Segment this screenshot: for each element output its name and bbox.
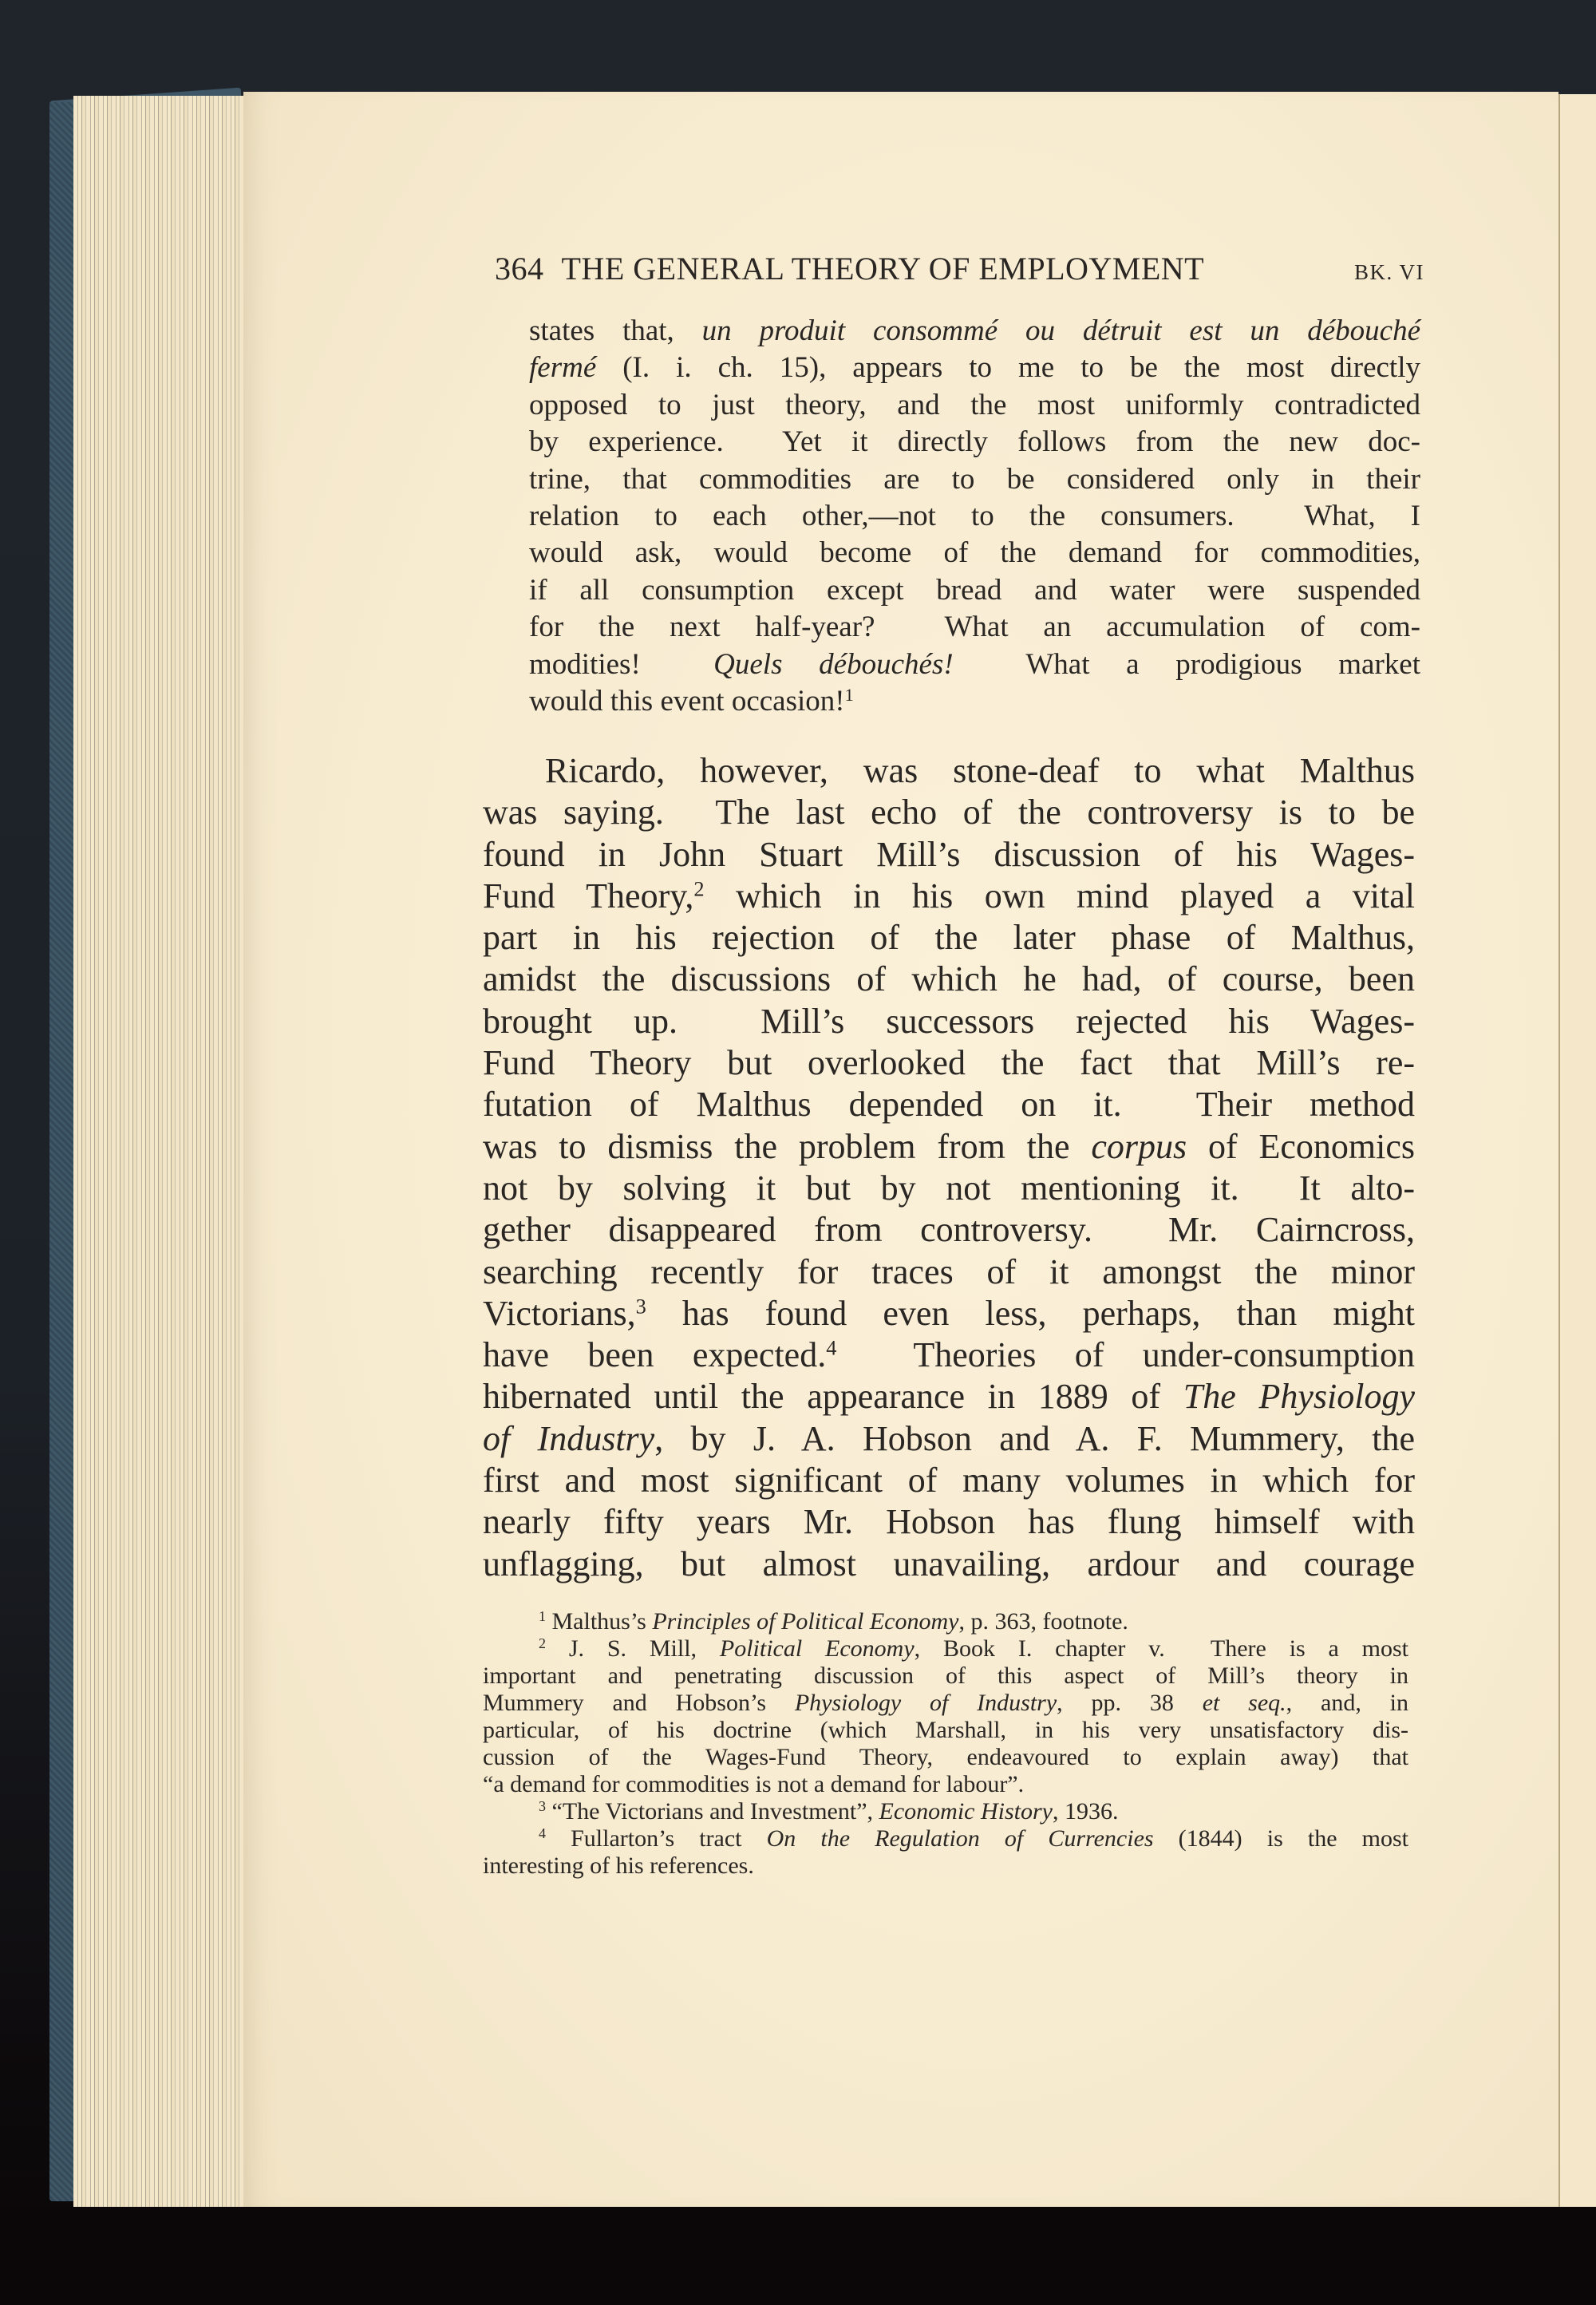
text-run: modities!: [529, 648, 713, 681]
quote-line: if all consumption except bread and wate…: [529, 572, 1420, 609]
body-line: searching recently for traces of it amon…: [483, 1251, 1415, 1293]
quote-line: modities! Quels débouchés! What a prodig…: [529, 646, 1420, 683]
text-run: was saying. The last echo of the controv…: [483, 793, 1415, 832]
text-run: , p. 363, footnote.: [958, 1608, 1128, 1635]
page-number: 364: [495, 250, 544, 287]
text-run: (1844) is the most: [1154, 1825, 1408, 1852]
text-run: Malthus’s: [552, 1608, 653, 1635]
text-run: unflagging, but almost unavailing, ardou…: [483, 1544, 1415, 1583]
text-run: would ask, would become of the demand fo…: [529, 536, 1420, 569]
body-line: brought up. Mill’s successors rejected h…: [483, 1001, 1415, 1042]
body-line: was saying. The last echo of the controv…: [483, 792, 1415, 833]
text-run: important and penetrating discussion of …: [483, 1663, 1408, 1689]
text-run: have been expected.: [483, 1335, 826, 1374]
italic-text: On the Regulation of Currencies: [767, 1825, 1154, 1852]
footnote-ref: 3: [636, 1294, 646, 1318]
text-run: if all consumption except bread and wate…: [529, 574, 1420, 607]
quote-line: would ask, would become of the demand fo…: [529, 535, 1420, 571]
text-run: , by J. A. Hobson and A. F. Mummery, the: [654, 1419, 1415, 1458]
running-head: 364 THE GENERAL THEORY OF EMPLOYMENT BK.…: [495, 250, 1424, 287]
body-paragraph: Ricardo, however, was stone-deaf to what…: [483, 750, 1415, 1585]
body-line: hibernated until the appearance in 1889 …: [483, 1376, 1415, 1417]
body-line: first and most significant of many volum…: [483, 1460, 1415, 1501]
body-line: part in his rejection of the later phase…: [483, 917, 1415, 959]
body-line: found in John Stuart Mill’s discussion o…: [483, 834, 1415, 876]
background-shadow: [0, 2207, 1596, 2305]
text-run: hibernated until the appearance in 1889 …: [483, 1377, 1183, 1416]
facing-page-edge: [1558, 94, 1596, 2209]
text-run: amidst the discussions of which he had, …: [483, 959, 1415, 998]
body-line: Ricardo, however, was stone-deaf to what…: [483, 750, 1415, 792]
text-run: futation of Malthus depended on it. Thei…: [483, 1085, 1415, 1124]
text-run: Ricardo, however, was stone-deaf to what…: [545, 751, 1415, 790]
italic-text: corpus: [1091, 1127, 1187, 1166]
body-line: of Industry, by J. A. Hobson and A. F. M…: [483, 1418, 1415, 1460]
quote-line: states that, un produit consommé ou détr…: [529, 313, 1420, 350]
quote-line: fermé (I. i. ch. 15), appears to me to b…: [529, 350, 1420, 386]
text-run: part in his rejection of the later phase…: [483, 918, 1415, 957]
italic-text: Physiology of Industry: [795, 1690, 1057, 1716]
body-line: nearly fifty years Mr. Hobson has flung …: [483, 1501, 1415, 1543]
footnote-line: 3 “The Victorians and Investment”, Econo…: [483, 1798, 1408, 1825]
footnote-line: “a demand for commodities is not a deman…: [483, 1771, 1408, 1798]
body-line: gether disappeared from controversy. Mr.…: [483, 1209, 1415, 1251]
text-run: Fullarton’s tract: [571, 1825, 767, 1852]
italic-text: of Industry: [483, 1419, 654, 1458]
footnote-line: 2 J. S. Mill, Political Economy, Book I.…: [483, 1635, 1408, 1663]
body-line: was to dismiss the problem from the corp…: [483, 1126, 1415, 1168]
footnote-ref: 2: [693, 876, 704, 900]
text-run: [546, 1608, 552, 1635]
text-run: gether disappeared from controversy. Mr.…: [483, 1210, 1415, 1249]
text-run: interesting of his references.: [483, 1852, 754, 1879]
italic-text: un produit consommé ou détruit est un dé…: [702, 314, 1420, 347]
text-run: [546, 1825, 571, 1852]
text-run: which in his own mind played a vital: [705, 876, 1415, 915]
text-run: , and, in: [1286, 1690, 1408, 1716]
body-line: futation of Malthus depended on it. Thei…: [483, 1084, 1415, 1125]
body-line: not by solving it but by not mentioning …: [483, 1168, 1415, 1209]
italic-text: Principles of Political Economy: [652, 1608, 958, 1635]
quote-line: for the next half-year? What an accumula…: [529, 609, 1420, 646]
text-run: [546, 1635, 569, 1662]
text-run: of Economics: [1187, 1127, 1415, 1166]
text-run: has found even less, perhaps, than might: [646, 1294, 1415, 1333]
text-run: [546, 1798, 552, 1825]
text-run: Fund Theory,: [483, 876, 693, 915]
quote-line: trine, that commodities are to be consid…: [529, 461, 1420, 498]
text-run: brought up. Mill’s successors rejected h…: [483, 1002, 1415, 1041]
text-run: states that,: [529, 314, 702, 347]
italic-text: et seq.: [1203, 1690, 1286, 1716]
book-title: THE GENERAL THEORY OF EMPLOYMENT: [562, 250, 1354, 287]
body-line: unflagging, but almost unavailing, ardou…: [483, 1544, 1415, 1585]
footnote-line: cussion of the Wages-Fund Theory, endeav…: [483, 1744, 1408, 1771]
text-run: by experience. Yet it directly follows f…: [529, 425, 1420, 458]
footnote-ref: 4: [826, 1336, 836, 1360]
text-run: first and most significant of many volum…: [483, 1461, 1415, 1500]
text-run: , 1936.: [1053, 1798, 1119, 1825]
text-run: nearly fifty years Mr. Hobson has flung …: [483, 1502, 1415, 1541]
quote-line: opposed to just theory, and the most uni…: [529, 387, 1420, 424]
page-edges-stack: [73, 96, 249, 2212]
footnote-line: Mummery and Hobson’s Physiology of Indus…: [483, 1690, 1408, 1717]
text-run: found in John Stuart Mill’s discussion o…: [483, 835, 1415, 874]
block-quote: states that, un produit consommé ou détr…: [529, 313, 1420, 720]
text-run: relation to each other,—not to the consu…: [529, 500, 1420, 532]
footnote-ref: 2: [539, 1635, 546, 1651]
italic-text: The Physiology: [1183, 1377, 1415, 1416]
text-run: for the next half-year? What an accumula…: [529, 611, 1420, 643]
text-run: Victorians,: [483, 1294, 636, 1333]
text-run: not by solving it but by not mentioning …: [483, 1168, 1415, 1208]
body-line: Fund Theory but overlooked the fact that…: [483, 1042, 1415, 1084]
quote-line: relation to each other,—not to the consu…: [529, 498, 1420, 535]
text-run: “a demand for commodities is not a deman…: [483, 1771, 1024, 1797]
quote-line: would this event occasion!1: [529, 683, 1420, 720]
footnote-line: 4 Fullarton’s tract On the Regulation of…: [483, 1825, 1408, 1852]
text-run: Mummery and Hobson’s: [483, 1690, 795, 1716]
footnote-line: interesting of his references.: [483, 1852, 1408, 1880]
body-line: have been expected.4 Theories of under-c…: [483, 1334, 1415, 1376]
italic-text: Economic History: [879, 1798, 1053, 1825]
footnote-ref: 4: [539, 1825, 546, 1841]
footnote-line: particular, of his doctrine (which Marsh…: [483, 1717, 1408, 1744]
quote-line: by experience. Yet it directly follows f…: [529, 424, 1420, 461]
footnote-ref: 1: [539, 1608, 546, 1624]
italic-text: fermé: [529, 351, 596, 384]
footnotes: 1 Malthus’s Principles of Political Econ…: [483, 1608, 1408, 1880]
footnote-line: 1 Malthus’s Principles of Political Econ…: [483, 1608, 1408, 1635]
text-run: “The Victorians and Investment”,: [552, 1798, 879, 1825]
footnote-ref: 3: [539, 1798, 546, 1814]
text-run: Theories of under-consumption: [836, 1335, 1415, 1374]
text-run: , Book I. chapter v. There is a most: [915, 1635, 1408, 1662]
text-run: Fund Theory but overlooked the fact that…: [483, 1043, 1415, 1082]
text-run: opposed to just theory, and the most uni…: [529, 389, 1420, 421]
footnote-line: important and penetrating discussion of …: [483, 1663, 1408, 1690]
text-run: searching recently for traces of it amon…: [483, 1252, 1415, 1291]
body-line: Fund Theory,2 which in his own mind play…: [483, 876, 1415, 917]
book-section: BK. VI: [1354, 260, 1424, 285]
text-run: J. S. Mill,: [569, 1635, 720, 1662]
text-run: trine, that commodities are to be consid…: [529, 463, 1420, 496]
text-run: , pp. 38: [1057, 1690, 1203, 1716]
text-run: was to dismiss the problem from the: [483, 1127, 1091, 1166]
text-run: What a prodigious market: [954, 648, 1420, 681]
italic-text: Quels débouchés!: [713, 648, 954, 681]
text-run: would this event occasion!: [529, 685, 845, 718]
text-run: (I. i. ch. 15), appears to me to be the …: [596, 351, 1420, 384]
text-run: particular, of his doctrine (which Marsh…: [483, 1717, 1408, 1743]
footnote-ref: 1: [845, 685, 854, 705]
body-line: Victorians,3 has found even less, perhap…: [483, 1293, 1415, 1334]
body-line: amidst the discussions of which he had, …: [483, 959, 1415, 1000]
italic-text: Political Economy: [720, 1635, 915, 1662]
text-run: cussion of the Wages-Fund Theory, endeav…: [483, 1744, 1408, 1770]
